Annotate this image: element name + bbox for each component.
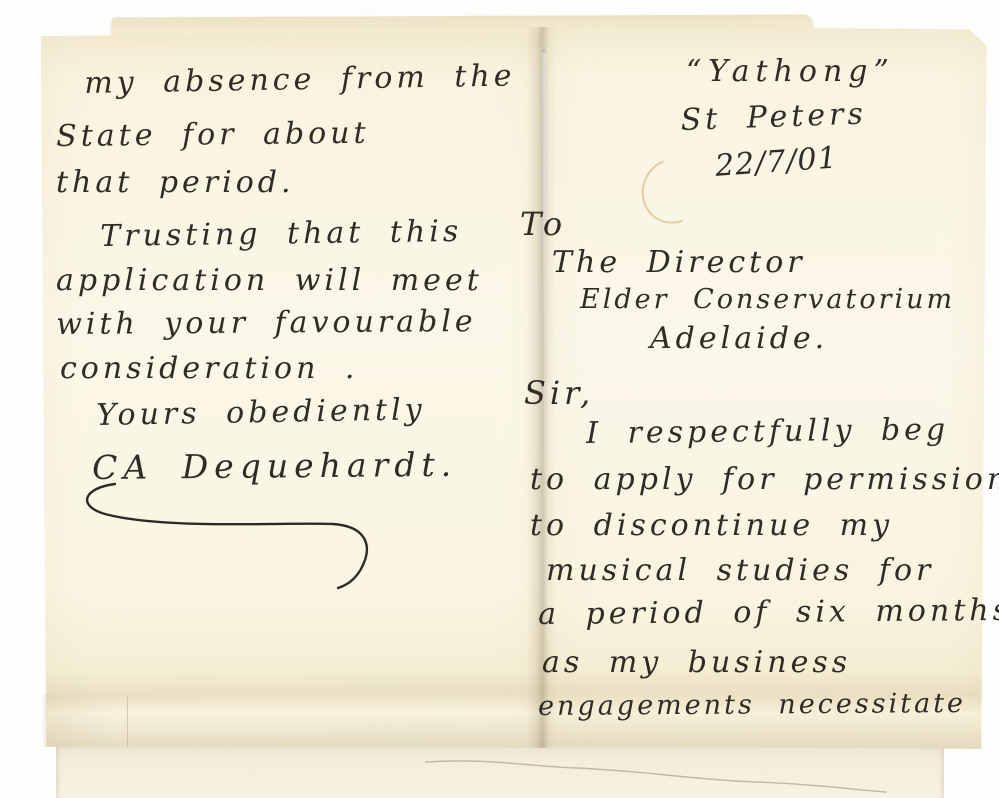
body-line-6: as my business xyxy=(542,645,851,680)
line-trusting: Trusting that this xyxy=(100,214,462,254)
bottom-left-fold-edge xyxy=(43,695,128,747)
line-application: application will meet xyxy=(56,263,483,298)
recipient-city: Adelaide. xyxy=(650,321,828,356)
crease-line xyxy=(56,740,944,798)
body-line-5: a period of six months xyxy=(538,593,999,632)
body-line-2: to apply for permission xyxy=(530,462,999,497)
body-line-4: musical studies for xyxy=(546,553,934,588)
body-line-1: I respectfully beg xyxy=(586,412,949,451)
line-consideration: consideration . xyxy=(60,351,358,386)
residence-name: “Yathong” xyxy=(686,54,895,89)
line-that-period: that period. xyxy=(56,165,295,200)
folded-sheet-bottom xyxy=(56,740,944,798)
recipient-org: Elder Conservatorium xyxy=(580,284,955,315)
closing-line: Yours obediently xyxy=(96,392,426,433)
suburb-line: St Peters xyxy=(680,96,867,137)
line-favourable: with your favourable xyxy=(56,304,477,342)
recipient-intro: To xyxy=(520,205,566,243)
signature-flourish xyxy=(75,472,405,602)
body-line-3: to discontinue my xyxy=(530,508,893,543)
body-line-7: engagements necessitate xyxy=(538,688,966,722)
letter-spread: my absence from the State for about that… xyxy=(0,0,999,798)
line-state: State for about xyxy=(56,116,370,154)
recipient-title: The Director xyxy=(552,245,806,280)
salutation: Sir, xyxy=(524,374,594,412)
